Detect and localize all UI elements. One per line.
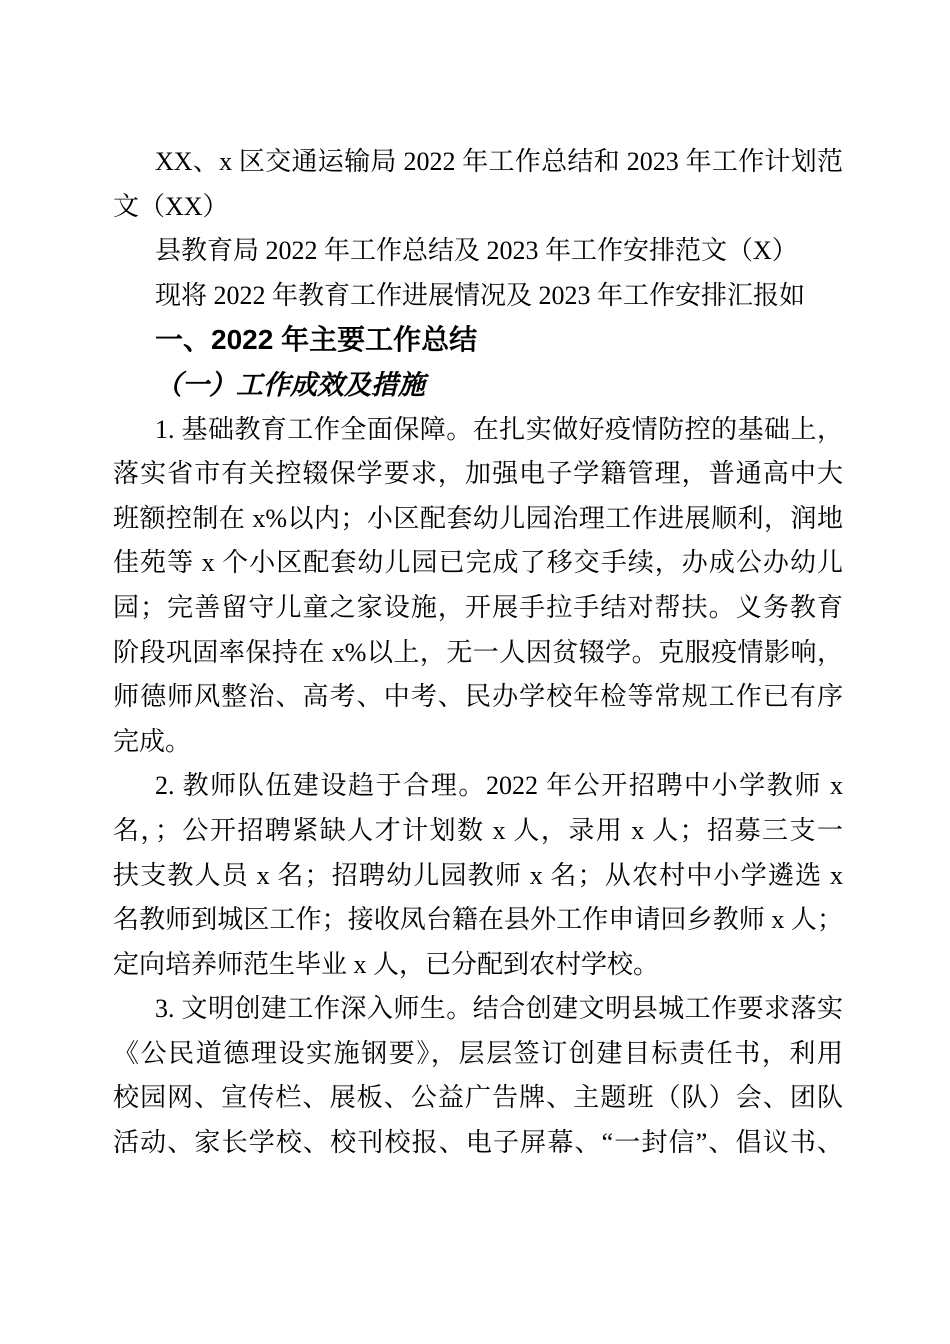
text-line: 园；完善留守儿童之家设施，开展手拉手结对帮扶。义务教育 [113,586,843,631]
text-line: 3. 文明创建工作深入师生。结合创建文明县城工作要求落实 [113,987,843,1032]
text-line: 县教育局 2022 年工作总结及 2023 年工作安排范文（X） [113,229,843,274]
section-heading-1: 一、2022 年主要工作总结 [113,318,843,363]
text-line: 落实省市有关控辍保学要求，加强电子学籍管理，普通高中大 [113,452,843,497]
text-line: 阶段巩固率保持在 x%以上，无一人因贫辍学。克服疫情影响， [113,631,843,676]
text-line: 完成。 [113,720,843,765]
text-line: 名教师到城区工作；接收凤台籍在县外工作申请回乡教师 x 人； [113,898,843,943]
text-line: 班额控制在 x%以内；小区配套幼儿园治理工作进展顺利，润地 [113,497,843,542]
text-line: XX、x 区交通运输局 2022 年工作总结和 2023 年工作计划范 [113,140,843,185]
text-line: 活动、家长学校、校刊校报、电子屏幕、“一封信”、倡议书、 [113,1121,843,1166]
text-line: 校园网、宣传栏、展板、公益广告牌、主题班（队）会、团队 [113,1076,843,1121]
text-line: 文（XX） [113,185,843,230]
text-line: 现将 2022 年教育工作进展情况及 2023 年工作安排汇报如下： [113,274,843,319]
text-line: 扶支教人员 x 名；招聘幼儿园教师 x 名；从农村中小学遴选 x [113,854,843,899]
text-line: 定向培养师范生毕业 x 人，已分配到农村学校。 [113,943,843,988]
document-page: XX、x 区交通运输局 2022 年工作总结和 2023 年工作计划范文（XX）… [0,0,950,1344]
text-line: 佳苑等 x 个小区配套幼儿园已完成了移交手续，办成公办幼儿 [113,541,843,586]
text-line: 《公民道德理设实施钢要》，层层签订创建目标责任书，利用 [113,1032,843,1077]
text-line: 师德师风整治、高考、中考、民办学校年检等常规工作已有序 [113,675,843,720]
text-line: 1. 基础教育工作全面保障。在扎实做好疫情防控的基础上， [113,408,843,453]
text-line: 2. 教师队伍建设趋于合理。2022 年公开招聘中小学教师 x [113,764,843,809]
section-heading-2: （一）工作成效及措施 [113,363,843,408]
document-body: XX、x 区交通运输局 2022 年工作总结和 2023 年工作计划范文（XX）… [113,140,843,1166]
text-line: 名，；公开招聘紧缺人才计划数 x 人，录用 x 人；招募三支一 [113,809,843,854]
